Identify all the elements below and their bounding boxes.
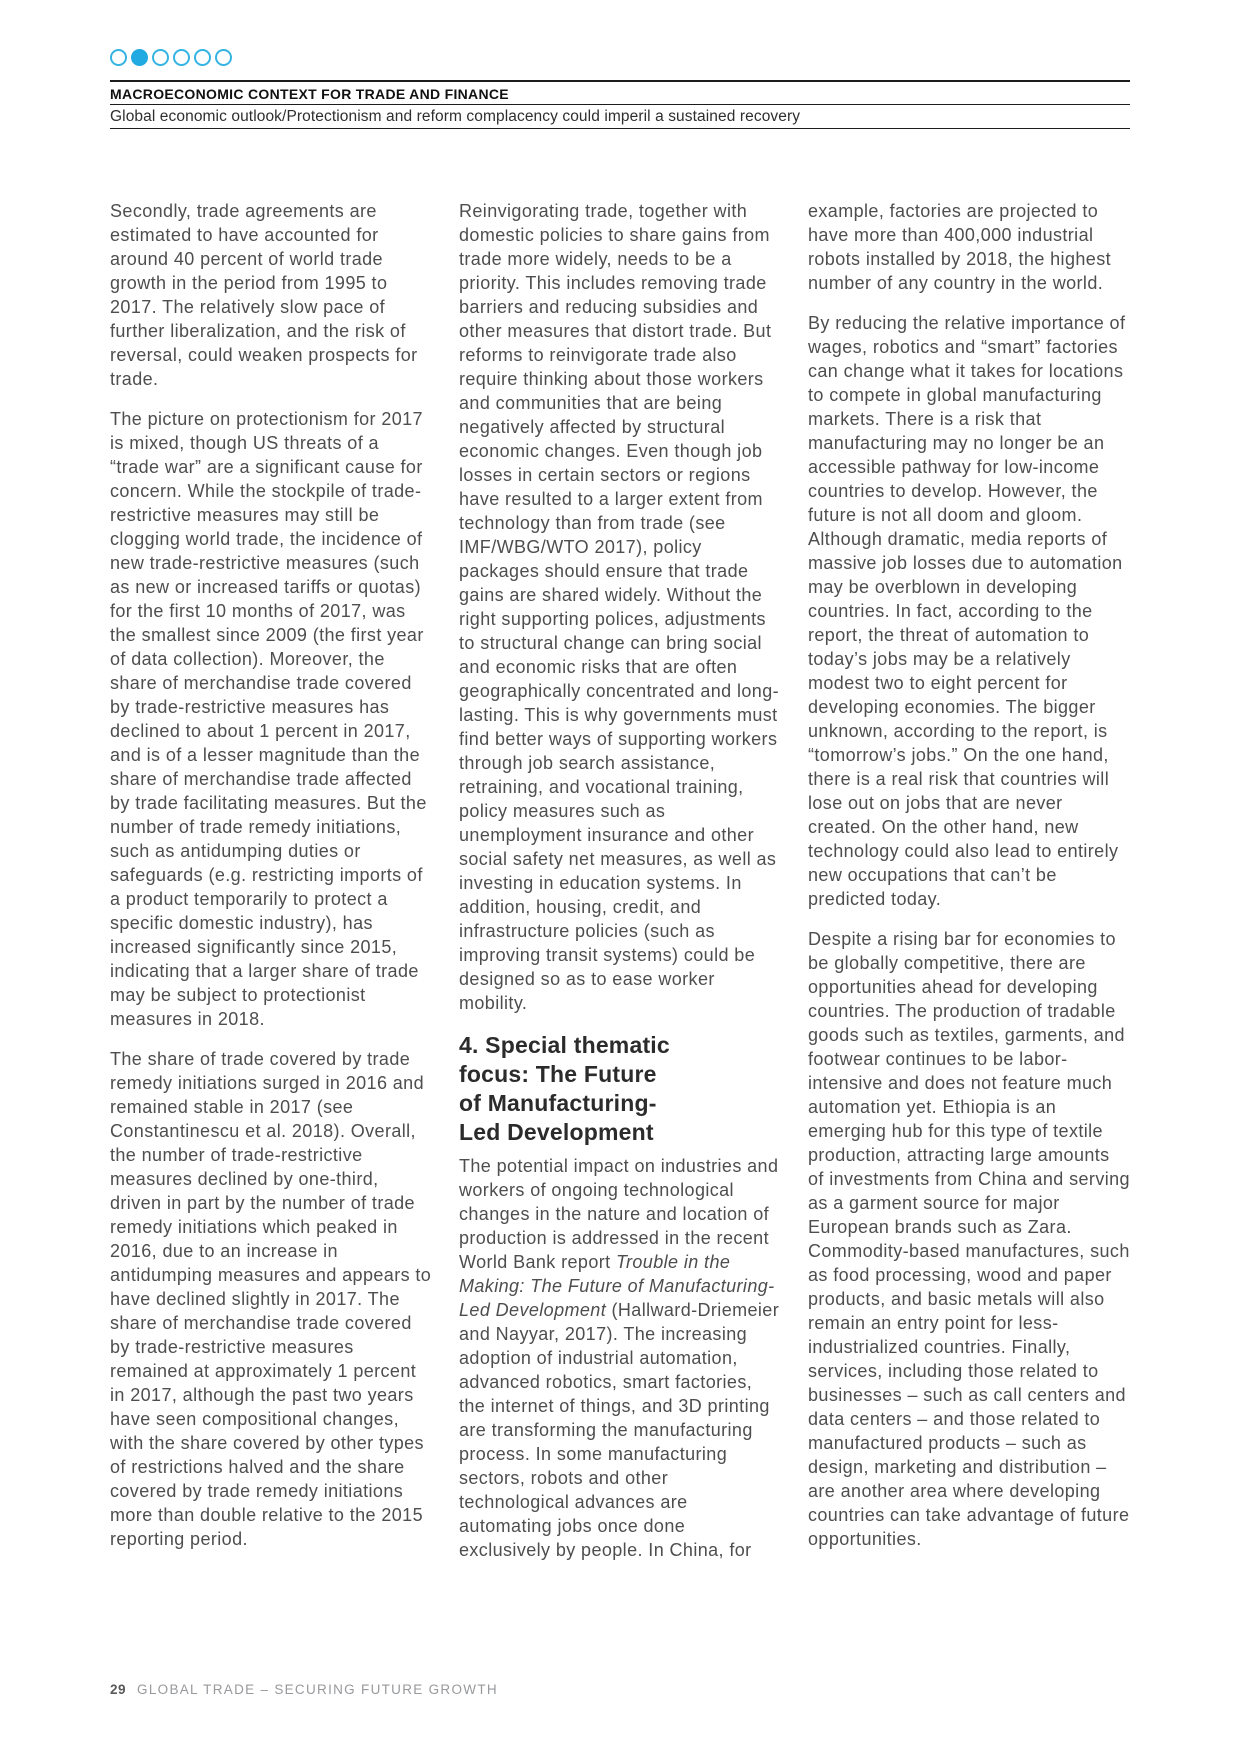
page-footer: 29 GLOBAL TRADE – SECURING FUTURE GROWTH bbox=[110, 1682, 498, 1697]
header-rule-middle bbox=[110, 104, 1130, 105]
text-column: Reinvigorating trade, together with dome… bbox=[459, 199, 781, 1578]
text-column: example, factories are projected to have… bbox=[808, 199, 1130, 1567]
footer-title: GLOBAL TRADE – SECURING FUTURE GROWTH bbox=[137, 1682, 498, 1697]
header-rule-bottom bbox=[110, 128, 1130, 129]
article-columns: Secondly, trade agreements are estimated… bbox=[110, 199, 1130, 1578]
body-paragraph: example, factories are projected to have… bbox=[808, 199, 1130, 295]
progress-dot bbox=[215, 49, 232, 66]
body-paragraph: Despite a rising bar for economies to be… bbox=[808, 927, 1130, 1551]
page-number: 29 bbox=[110, 1682, 126, 1697]
progress-dot bbox=[173, 49, 190, 66]
section-kicker: MACROECONOMIC CONTEXT FOR TRADE AND FINA… bbox=[110, 86, 509, 102]
progress-dot-active bbox=[131, 49, 148, 66]
body-paragraph: The picture on protectionism for 2017 is… bbox=[110, 407, 432, 1031]
report-page: MACROECONOMIC CONTEXT FOR TRADE AND FINA… bbox=[0, 0, 1240, 1754]
header-rule-top bbox=[110, 80, 1130, 82]
body-paragraph: The share of trade covered by trade reme… bbox=[110, 1047, 432, 1551]
body-paragraph: The potential impact on industries and w… bbox=[459, 1154, 781, 1562]
progress-dot bbox=[194, 49, 211, 66]
chapter-subtitle: Global economic outlook/Protectionism an… bbox=[110, 108, 800, 126]
progress-dots bbox=[110, 49, 232, 66]
body-paragraph: Secondly, trade agreements are estimated… bbox=[110, 199, 432, 391]
progress-dot bbox=[110, 49, 127, 66]
body-paragraph: By reducing the relative importance of w… bbox=[808, 311, 1130, 911]
section-heading: 4. Special thematicfocus: The Futureof M… bbox=[459, 1031, 781, 1147]
text-column: Secondly, trade agreements are estimated… bbox=[110, 199, 432, 1567]
progress-dot bbox=[152, 49, 169, 66]
body-paragraph: Reinvigorating trade, together with dome… bbox=[459, 199, 781, 1015]
